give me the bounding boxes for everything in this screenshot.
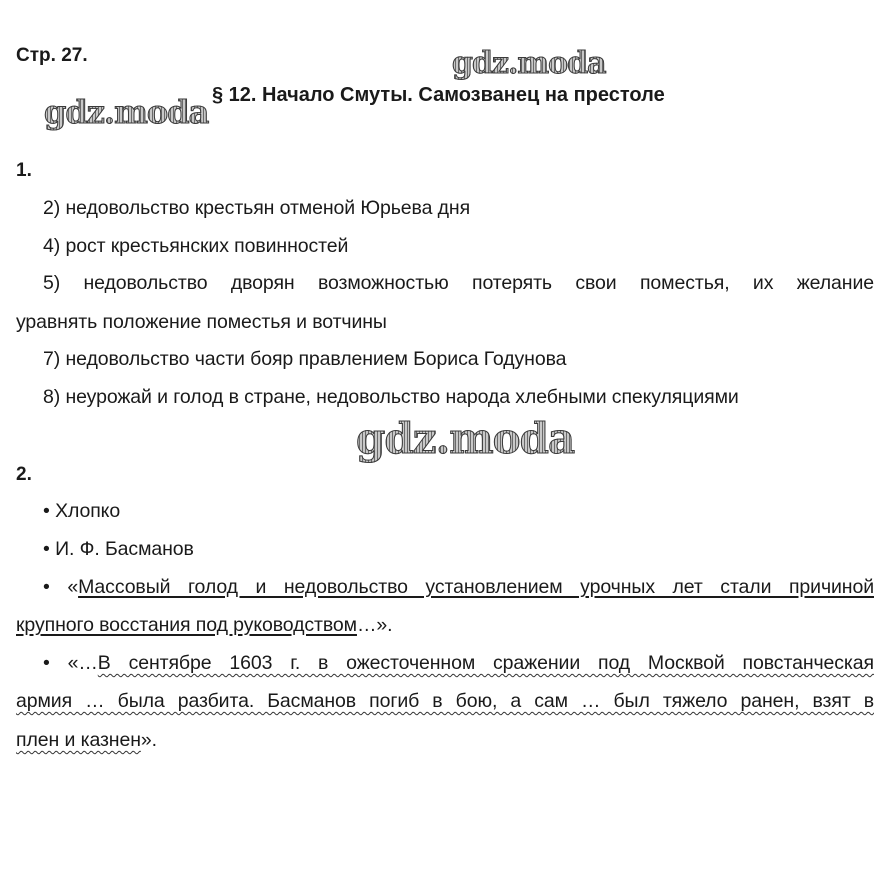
answer-item: 4) рост крестьянских повинностей xyxy=(43,235,348,258)
watermark-logo: gdz.moda xyxy=(356,414,574,463)
answer-item: 2) недовольство крестьян отменой Юрьева … xyxy=(43,197,470,220)
underlined-quote: Массовый голод и недовольство установлен… xyxy=(78,576,874,598)
quote-item: • «…В сентябре 1603 г. в ожесточенном ср… xyxy=(43,652,874,675)
watermark-logo: gdz.moda xyxy=(452,46,606,81)
watermark-logo: gdz.moda xyxy=(44,93,208,131)
bullet: • xyxy=(43,538,50,560)
wavy-underlined-quote: В сентябре 1603 г. в ожесточенном сражен… xyxy=(98,652,874,674)
quote-continuation: крупного восстания под руководством…». xyxy=(16,614,392,637)
quote-continuation: армия … была разбита. Басманов погиб в б… xyxy=(16,690,874,713)
quote-continuation: плен и казнен». xyxy=(16,729,157,752)
answer-item: 8) неурожай и голод в стране, недовольст… xyxy=(43,386,739,409)
page-reference: Стр. 27. xyxy=(16,45,88,67)
question-number-2: 2. xyxy=(16,464,32,486)
wavy-underlined-quote: армия … была разбита. Басманов погиб в б… xyxy=(16,690,874,712)
wavy-underlined-quote: плен и казнен xyxy=(16,729,141,751)
section-title: § 12. Начало Смуты. Самозванец на престо… xyxy=(212,84,665,107)
answer-item-continuation: уравнять положение поместья и вотчины xyxy=(16,311,387,334)
list-item: • Хлопко xyxy=(43,500,120,523)
quote-item: • «Массовый голод и недовольство установ… xyxy=(43,576,874,599)
bullet: • xyxy=(43,576,50,598)
underlined-quote: крупного восстания под руководством xyxy=(16,614,357,636)
question-number-1: 1. xyxy=(16,160,32,182)
answer-item: 7) недовольство части бояр правлением Бо… xyxy=(43,348,566,371)
list-item: • И. Ф. Басманов xyxy=(43,538,194,561)
bullet: • xyxy=(43,500,50,522)
answer-item: 5) недовольство дворян возможностью поте… xyxy=(43,272,874,295)
bullet: • xyxy=(43,652,50,674)
